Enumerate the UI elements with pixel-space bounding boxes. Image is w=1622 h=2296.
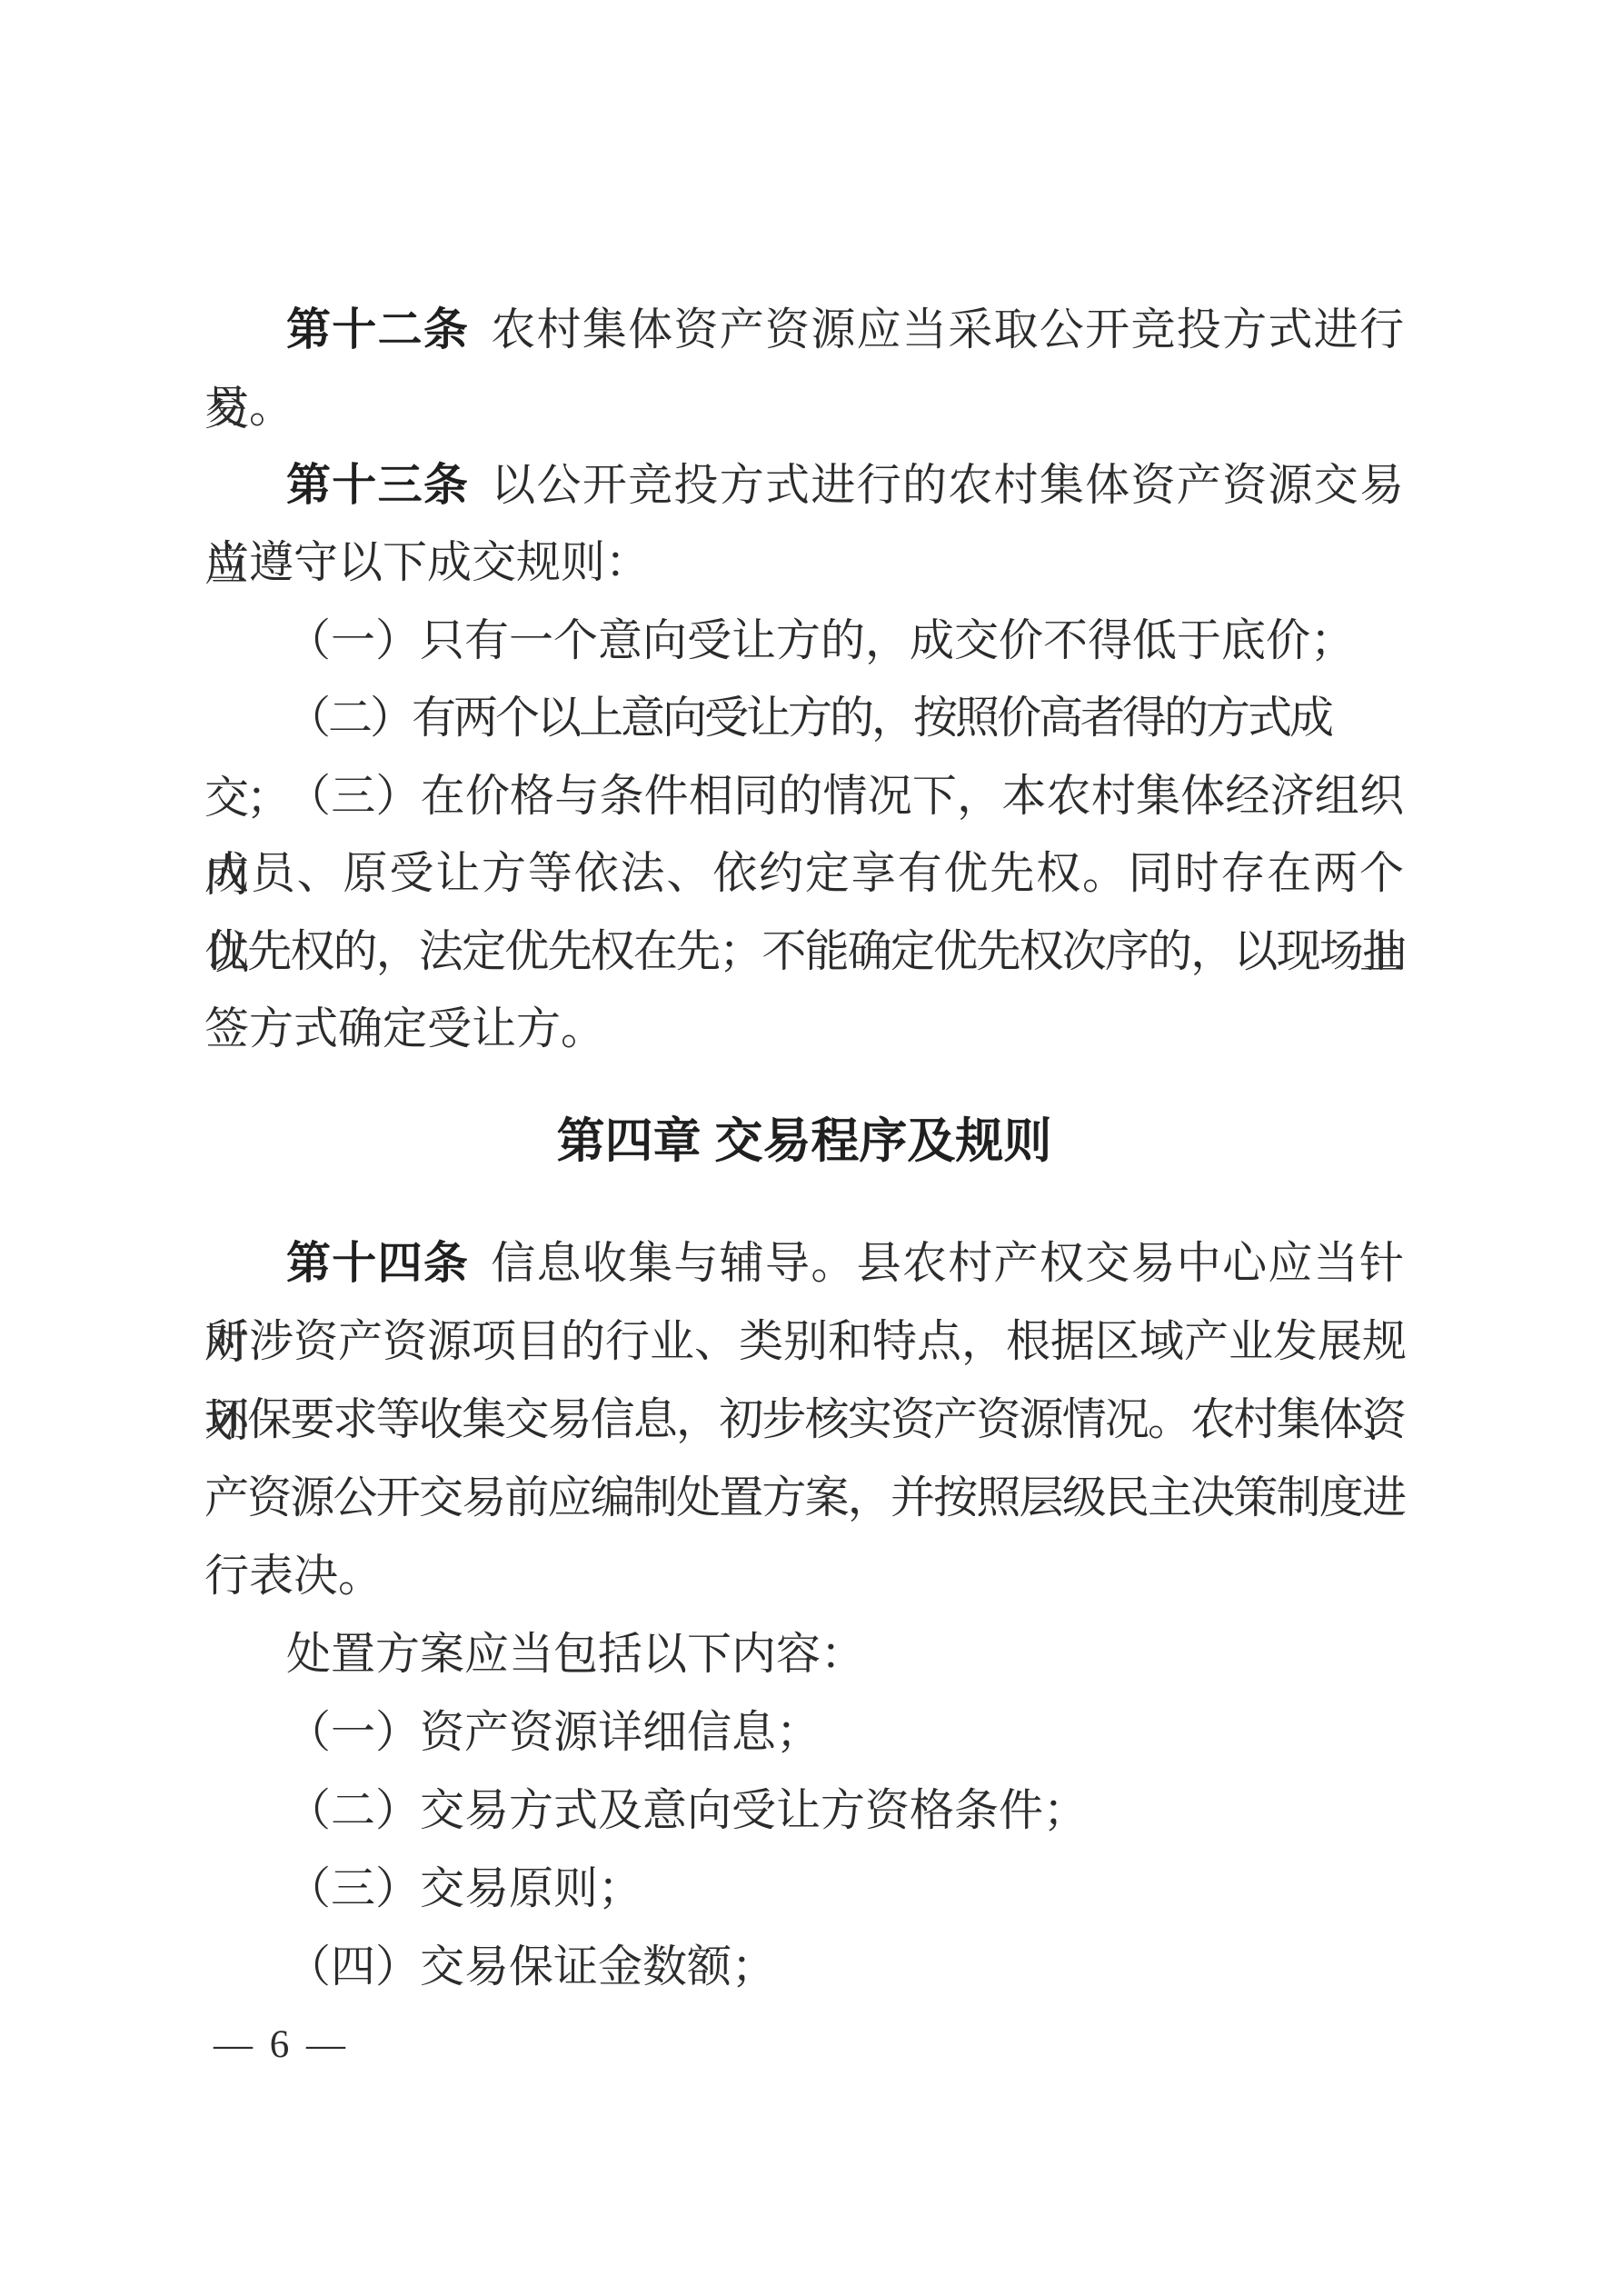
body-line: 产资源公开交易前应编制处置方案，并按照层级民主决策制度进 — [204, 1458, 1404, 1538]
body-line: （一）只有一个意向受让方的，成交价不得低于底价； — [204, 601, 1404, 681]
body-line: 易。 — [204, 367, 1404, 447]
body-line: 环保要求等收集交易信息，初步核实资产资源情况。农村集体资 — [204, 1380, 1404, 1460]
page-number: — 6 — — [214, 2005, 349, 2085]
body-line: （一）资产资源详细信息； — [204, 1692, 1404, 1772]
article-13-label: 第十三条 — [286, 461, 469, 510]
body-line: 优先权的，法定优先权在先；不能确定优先权次序的，以现场抽 — [204, 912, 1404, 992]
body-line: 成员、原受让方等依法、依约定享有优先权。同时存在两个以上 — [204, 834, 1404, 913]
body-line: 第十三条以公开竞投方式进行的农村集体资产资源交易应 — [204, 445, 1404, 525]
body-line: （三）在价格与条件相同的情况下，本农村集体经济组织内 — [204, 756, 1404, 836]
body-line: 行表决。 — [204, 1536, 1404, 1616]
body-line: （三）交易原则； — [204, 1849, 1404, 1929]
body-line: 第十四条信息收集与辅导。县农村产权交易中心应当针对 — [204, 1223, 1404, 1303]
article-14-label: 第十四条 — [286, 1239, 469, 1288]
body-line: 当遵守以下成交规则： — [204, 523, 1404, 603]
body-line: （二）有两个以上意向受让方的，按照价高者得的方式成交； — [204, 678, 1404, 758]
body-line: （四）交易保证金数额； — [204, 1927, 1404, 2007]
article-12-label: 第十二条 — [286, 305, 469, 354]
body-line: （二）交易方式及意向受让方资格条件； — [204, 1771, 1404, 1851]
body-line: 签方式确定受让方。 — [204, 989, 1404, 1069]
document-page: 第十二条农村集体资产资源应当采取公开竞投方式进行交 易。 第十三条以公开竞投方式… — [0, 0, 1622, 2296]
chapter-heading: 第四章 交易程序及规则 — [204, 1102, 1404, 1182]
body-line: 第十二条农村集体资产资源应当采取公开竞投方式进行交 — [204, 290, 1404, 370]
body-line: 所涉资产资源项目的行业、类别和特点，根据区域产业发展规划、 — [204, 1302, 1404, 1382]
body-line: 处置方案应当包括以下内容： — [204, 1614, 1404, 1694]
